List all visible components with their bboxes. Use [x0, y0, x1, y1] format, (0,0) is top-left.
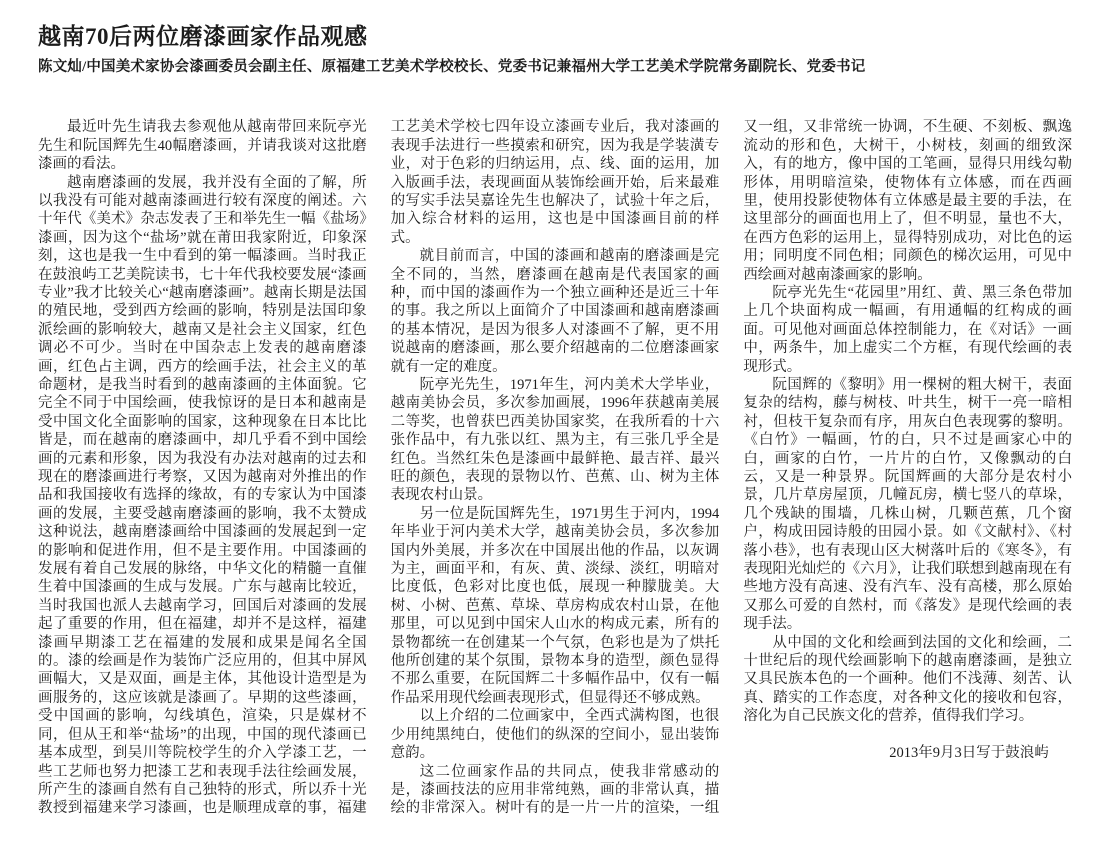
document-page: 越南70后两位磨漆画家作品观感 陈文灿/中国美术家协会漆画委员会副主任、原福建工…	[0, 0, 1100, 862]
article-title: 越南70后两位磨漆画家作品观感	[38, 22, 1072, 52]
article-paragraphs: 最近叶先生请我去参观他从越南带回来阮亭光先生和阮国辉先生40幅磨漆画，并请我谈对…	[38, 118, 1072, 818]
article-byline: 陈文灿/中国美术家协会漆画委员会副主任、原福建工艺美术学校校长、党委书记兼福州大…	[38, 59, 1072, 76]
article-paragraph: 阮亭光先生“花园里”用红、黄、黑三条色带加上几个块面构成一幅画，有用通幅的红构成…	[743, 284, 1072, 376]
article-paragraph: 最近叶先生请我去参观他从越南带回来阮亭光先生和阮国辉先生40幅磨漆画，并请我谈对…	[38, 118, 367, 173]
article-paragraph: 就目前而言，中国的漆画和越南的磨漆画是完全不同的，当然，磨漆画在越南是代表国家的…	[391, 247, 720, 376]
signoff-date: 2013年9月3日写于鼓浪屿	[743, 744, 1072, 762]
article-body: 最近叶先生请我去参观他从越南带回来阮亭光先生和阮国辉先生40幅磨漆画，并请我谈对…	[38, 118, 1072, 818]
article-paragraph: 阮亭光先生，1971年生，河内美术大学毕业，越南美协会员，多次参加画展，1996…	[391, 376, 720, 505]
article-paragraph: 以上介绍的二位画家中，全西式满构图，也很少用纯黑纯白，使他们的纵深的空间小，显出…	[391, 707, 720, 762]
article-paragraph: 另一位是阮国辉先生，1971男生于河内，1994年毕业于河内美术大学，越南美协会…	[391, 505, 720, 707]
article-paragraph: 从中国的文化和绘画到法国的文化和绘画，二十世纪后的现代绘画影响下的越南磨漆画，是…	[743, 634, 1072, 726]
article-paragraph: 阮国辉的《黎明》用一棵树的粗大树干，表面复杂的结构，藤与树枝、叶共生，树干一亮一…	[743, 376, 1072, 634]
